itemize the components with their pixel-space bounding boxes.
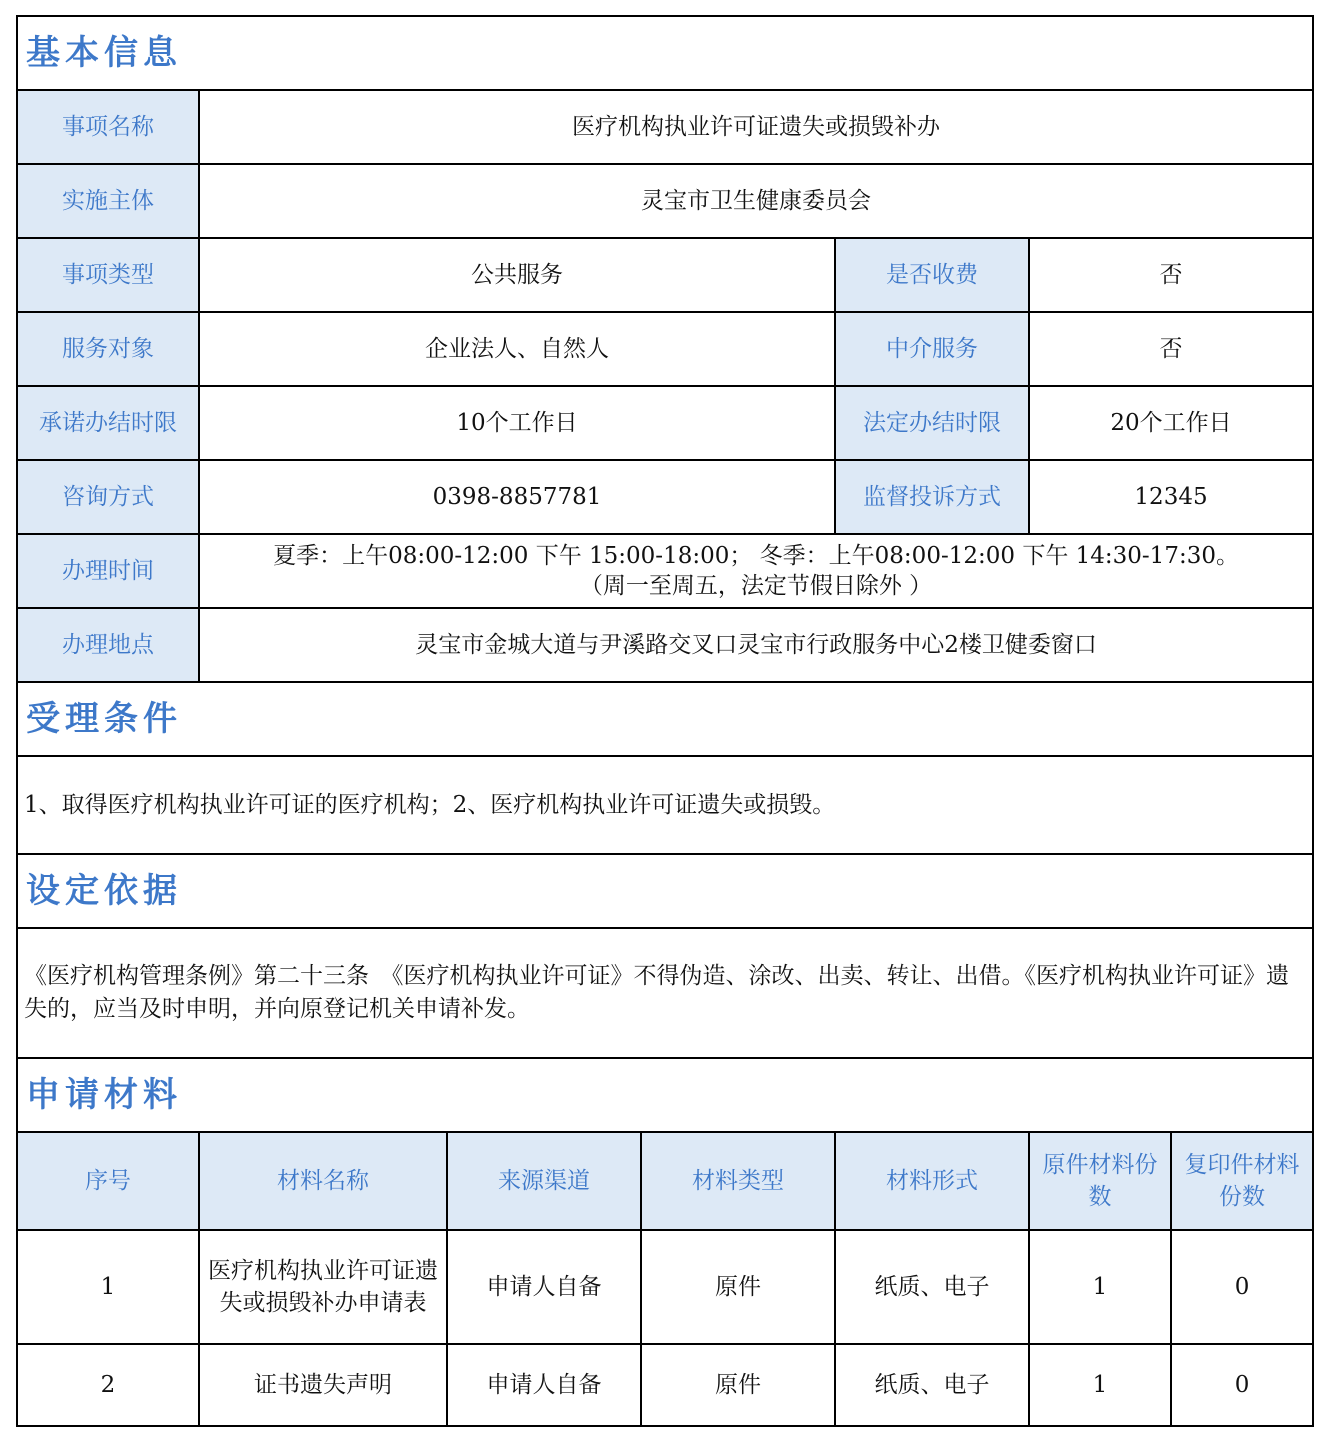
value-type: 公共服务 — [199, 238, 835, 312]
cell-form: 纸质、电子 — [835, 1230, 1029, 1344]
cell-form: 纸质、电子 — [835, 1344, 1029, 1426]
value-promised-limit: 10个工作日 — [199, 386, 835, 460]
col-header-type: 材料类型 — [641, 1132, 835, 1230]
label-location: 办理地点 — [17, 608, 199, 682]
cell-copy-count: 0 — [1171, 1344, 1313, 1426]
hours-line-2: （周一至周五，法定节假日除外 ） — [204, 571, 1308, 601]
conditions-text: 1、取得医疗机构执业许可证的医疗机构；2、医疗机构执业许可证遗失或损毁。 — [17, 756, 1313, 854]
col-header-form: 材料形式 — [835, 1132, 1029, 1230]
value-consult: 0398-8857781 — [199, 460, 835, 534]
col-header-copy-count: 复印件材料份数 — [1171, 1132, 1313, 1230]
label-consult: 咨询方式 — [17, 460, 199, 534]
col-header-index: 序号 — [17, 1132, 199, 1230]
label-promised-limit: 承诺办结时限 — [17, 386, 199, 460]
cell-type: 原件 — [641, 1230, 835, 1344]
label-complaint: 监督投诉方式 — [835, 460, 1029, 534]
cell-original-count: 1 — [1029, 1344, 1171, 1426]
value-hours: 夏季：上午08:00-12:00 下午 15:00-18:00； 冬季：上午08… — [199, 534, 1313, 608]
hours-line-1: 夏季：上午08:00-12:00 下午 15:00-18:00； 冬季：上午08… — [204, 541, 1308, 571]
col-header-original-count: 原件材料份数 — [1029, 1132, 1171, 1230]
label-target: 服务对象 — [17, 312, 199, 386]
value-item-name: 医疗机构执业许可证遗失或损毁补办 — [199, 90, 1313, 164]
label-subject: 实施主体 — [17, 164, 199, 238]
value-complaint: 12345 — [1029, 460, 1313, 534]
col-header-name: 材料名称 — [199, 1132, 447, 1230]
table-row: 2 证书遗失声明 申请人自备 原件 纸质、电子 1 0 — [17, 1344, 1313, 1426]
value-legal-limit: 20个工作日 — [1029, 386, 1313, 460]
section-title-conditions: 受理条件 — [17, 682, 1313, 756]
cell-name: 医疗机构执业许可证遗失或损毁补办申请表 — [199, 1230, 447, 1344]
value-agency: 否 — [1029, 312, 1313, 386]
value-subject: 灵宝市卫生健康委员会 — [199, 164, 1313, 238]
section-title-basic-info: 基本信息 — [17, 16, 1313, 90]
cell-name: 证书遗失声明 — [199, 1344, 447, 1426]
cell-index: 2 — [17, 1344, 199, 1426]
basis-text: 《医疗机构管理条例》第二十三条 《医疗机构执业许可证》不得伪造、涂改、出卖、转让… — [17, 928, 1313, 1058]
cell-index: 1 — [17, 1230, 199, 1344]
cell-source: 申请人自备 — [447, 1230, 641, 1344]
table-row: 1 医疗机构执业许可证遗失或损毁补办申请表 申请人自备 原件 纸质、电子 1 0 — [17, 1230, 1313, 1344]
label-type: 事项类型 — [17, 238, 199, 312]
label-item-name: 事项名称 — [17, 90, 199, 164]
cell-type: 原件 — [641, 1344, 835, 1426]
service-guide-sheet: 基本信息 事项名称 医疗机构执业许可证遗失或损毁补办 实施主体 灵宝市卫生健康委… — [16, 15, 1312, 1427]
value-fee: 否 — [1029, 238, 1313, 312]
value-target: 企业法人、自然人 — [199, 312, 835, 386]
section-title-materials: 申请材料 — [17, 1058, 1313, 1132]
cell-copy-count: 0 — [1171, 1230, 1313, 1344]
cell-source: 申请人自备 — [447, 1344, 641, 1426]
label-fee: 是否收费 — [835, 238, 1029, 312]
cell-original-count: 1 — [1029, 1230, 1171, 1344]
materials-header-row: 序号 材料名称 来源渠道 材料类型 材料形式 原件材料份数 复印件材料份数 — [17, 1132, 1313, 1230]
label-agency: 中介服务 — [835, 312, 1029, 386]
section-title-basis: 设定依据 — [17, 854, 1313, 928]
label-legal-limit: 法定办结时限 — [835, 386, 1029, 460]
col-header-source: 来源渠道 — [447, 1132, 641, 1230]
value-location: 灵宝市金城大道与尹溪路交叉口灵宝市行政服务中心2楼卫健委窗口 — [199, 608, 1313, 682]
label-hours: 办理时间 — [17, 534, 199, 608]
guide-table: 基本信息 事项名称 医疗机构执业许可证遗失或损毁补办 实施主体 灵宝市卫生健康委… — [16, 15, 1314, 1427]
